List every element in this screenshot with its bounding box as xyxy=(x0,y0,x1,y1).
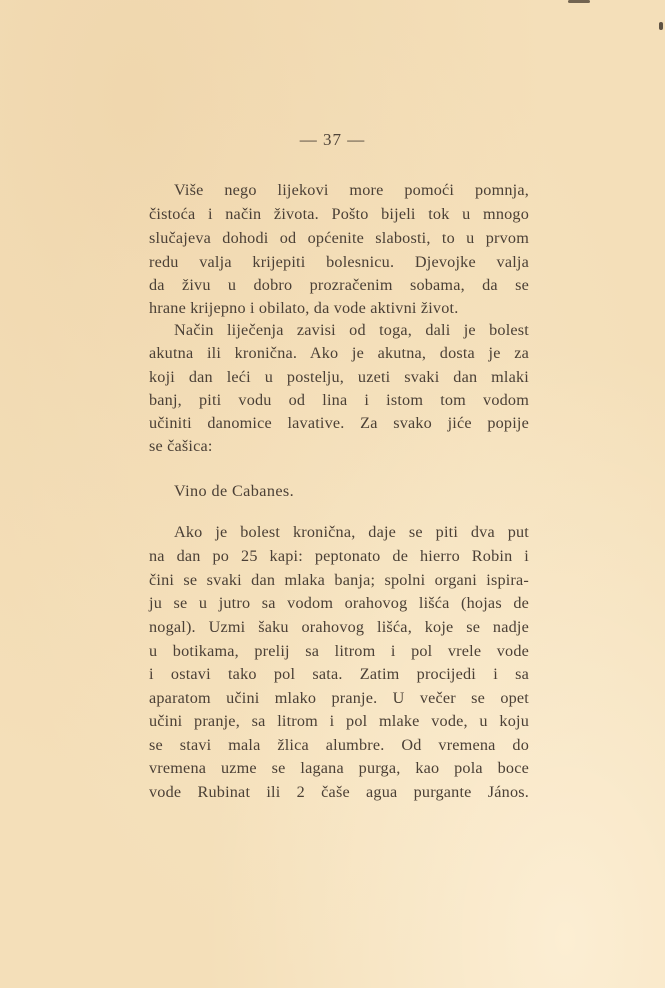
remedy-heading: Vino de Cabanes. xyxy=(174,480,294,502)
text-line: hrane krijepno i obilato, da vode aktivn… xyxy=(149,297,529,319)
text-line: slučajeva dohodi od općenite slabosti, t… xyxy=(149,227,529,249)
text-line: čistoća i način života. Pošto bijeli tok… xyxy=(149,203,529,225)
text-line: banj, piti vodu od lina i istom tom vodo… xyxy=(149,389,529,411)
text-line: Ako je bolest kronična, daje se piti dva… xyxy=(174,521,529,543)
text-line: Način liječenja zavisi od toga, dali je … xyxy=(174,319,529,341)
book-page: — 37 — Više nego lijekovi more pomoći po… xyxy=(0,0,665,988)
text-line: se stavi mala žlica alumbre. Od vremena … xyxy=(149,734,529,756)
text-line: učiniti danomice lavative. Za svako jiće… xyxy=(149,412,529,434)
text-line: se čašica: xyxy=(149,435,529,457)
text-line: vode Rubinat ili 2 čaše agua purgante Já… xyxy=(149,781,529,803)
text-line: aparatom učini mlako pranje. U večer se … xyxy=(149,687,529,709)
text-line: čini se svaki dan mlaka banja; spolni or… xyxy=(149,569,529,591)
text-line: Više nego lijekovi more pomoći pomnja, xyxy=(174,179,529,201)
text-line: da živu u dobro prozračenim sobama, da s… xyxy=(149,274,529,296)
text-line: akutna ili kronična. Ako je akutna, dost… xyxy=(149,342,529,364)
text-line: koji dan leći u postelju, uzeti svaki da… xyxy=(149,366,529,388)
text-line: nogal). Uzmi šaku orahovog lišća, koje s… xyxy=(149,616,529,638)
text-line: ju se u jutro sa vodom orahovog lišća (h… xyxy=(149,592,529,614)
text-line: redu valja krijepiti bolesnicu. Djevojke… xyxy=(149,251,529,273)
text-line: učini pranje, sa litrom i pol mlake vode… xyxy=(149,710,529,732)
text-line: u botikama, prelij sa litrom i pol vrele… xyxy=(149,640,529,662)
text-line: na dan po 25 kapi: peptonato de hierro R… xyxy=(149,545,529,567)
scan-artifact-top xyxy=(568,0,590,3)
text-line: vremena uzme se lagana purga, kao pola b… xyxy=(149,757,529,779)
text-line: i ostavi tako pol sata. Zatim procijedi … xyxy=(149,663,529,685)
scan-artifact-right xyxy=(659,22,663,30)
page-number: — 37 — xyxy=(0,130,665,150)
